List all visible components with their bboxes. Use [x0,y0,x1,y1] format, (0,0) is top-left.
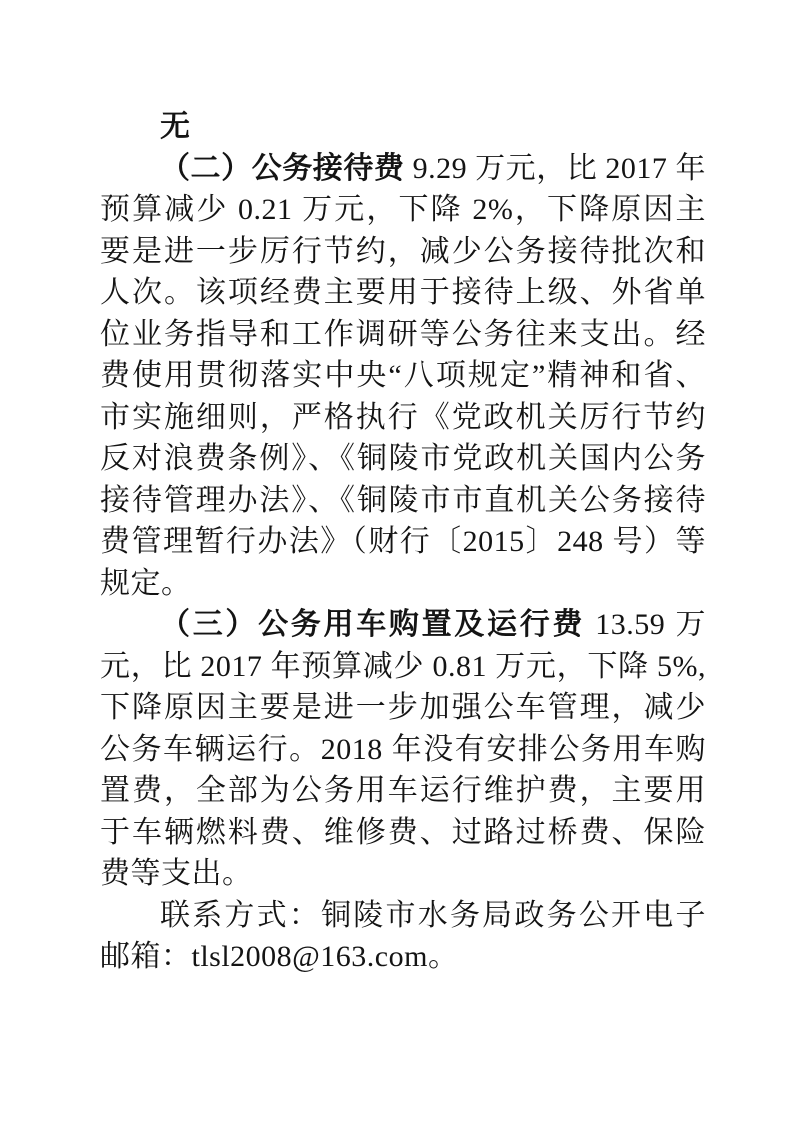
paragraph-contact-info-body: 联系方式：铜陵市水务局政务公开电子邮箱：tlsl2008@163.com。 [100,899,706,974]
paragraph-official-reception-fee-body: 9.29 万元，比 2017 年预算减少 0.21 万元，下降 2%，下降原因主… [100,152,706,600]
paragraph-official-vehicle-fee-heading: （三）公务用车购置及运行费 [160,608,585,641]
document-body-text: 无 （二）公务接待费 9.29 万元，比 2017 年预算减少 0.21 万元，… [100,106,706,978]
document-page: 无 （二）公务接待费 9.29 万元，比 2017 年预算减少 0.21 万元，… [0,0,793,1122]
paragraph-official-reception-fee: （二）公务接待费 9.29 万元，比 2017 年预算减少 0.21 万元，下降… [100,148,706,605]
paragraph-none: 无 [100,106,706,148]
paragraph-official-vehicle-fee-body: 13.59 万元，比 2017 年预算减少 0.81 万元，下降 5%,下降原因… [100,608,706,890]
paragraph-none-heading: 无 [160,110,191,143]
paragraph-contact-info: 联系方式：铜陵市水务局政务公开电子邮箱：tlsl2008@163.com。 [100,895,706,978]
paragraph-official-reception-fee-heading: （二）公务接待费 [160,152,405,185]
paragraph-official-vehicle-fee: （三）公务用车购置及运行费 13.59 万元，比 2017 年预算减少 0.81… [100,604,706,895]
